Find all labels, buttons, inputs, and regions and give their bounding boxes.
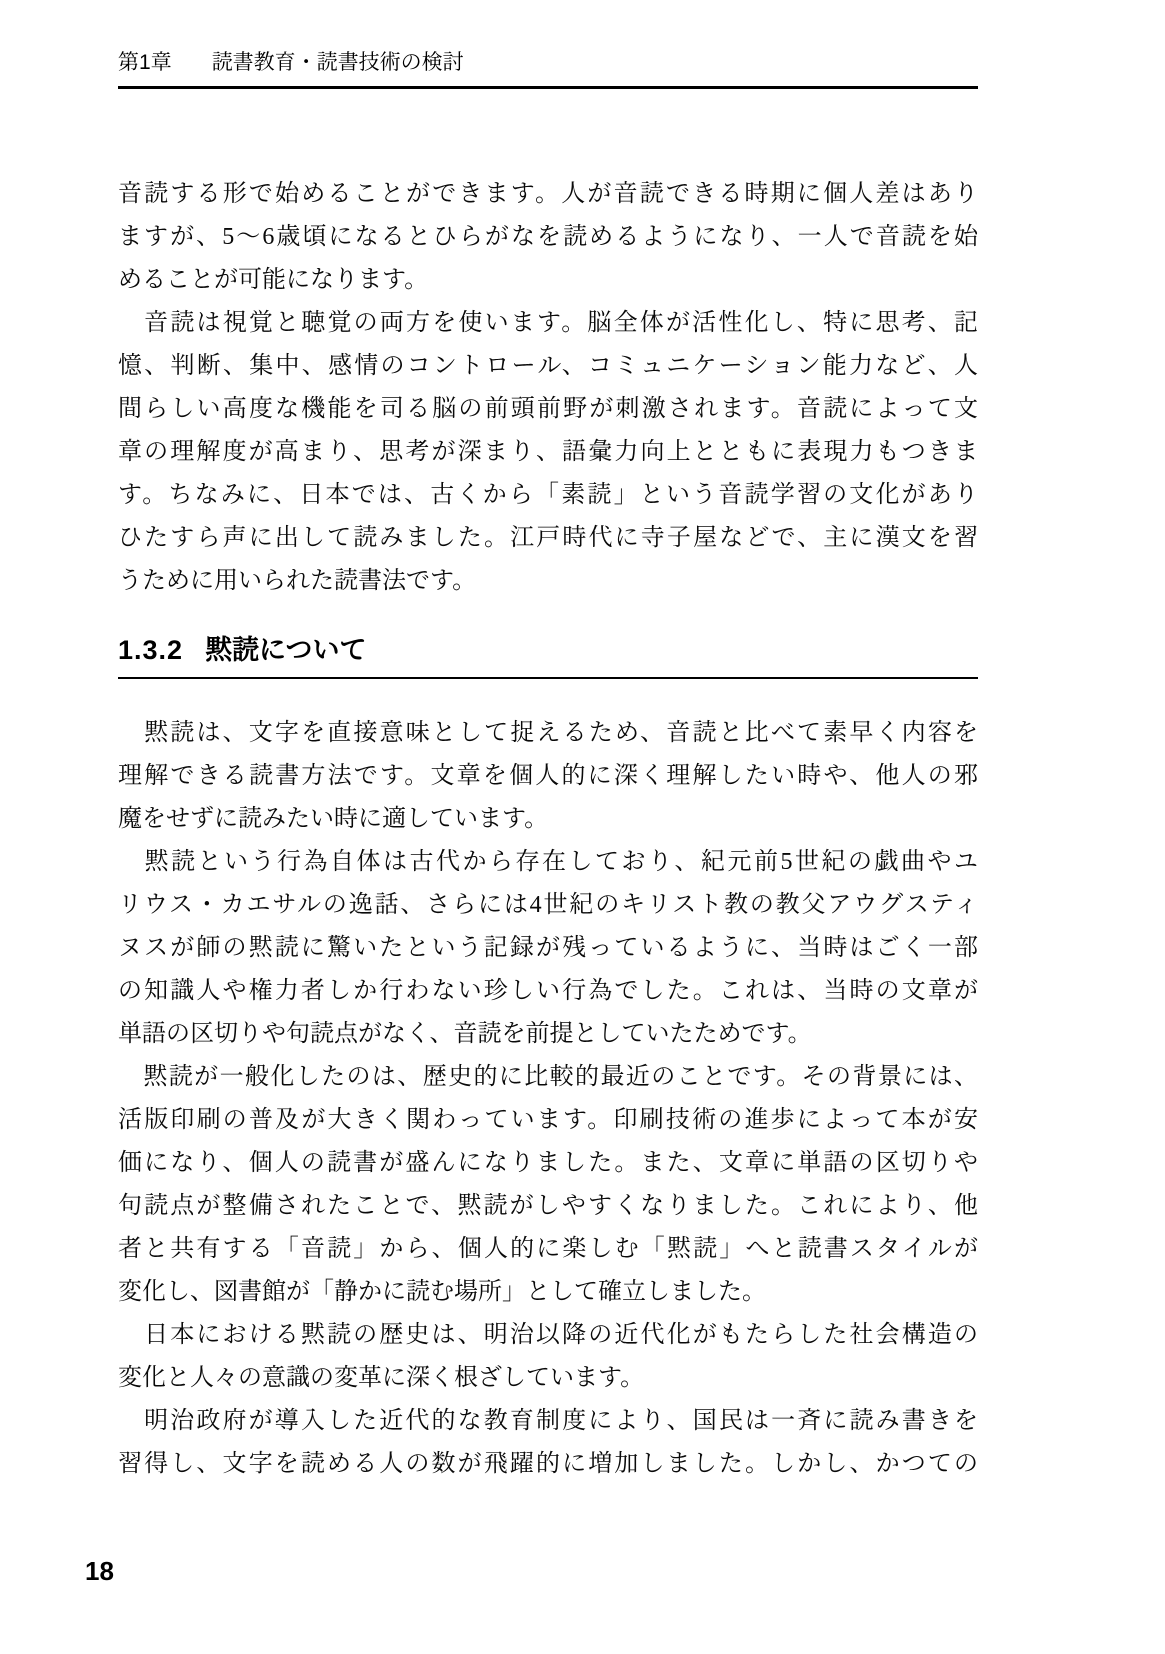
text-line: 魔をせずに読みたい時に適しています。 [118, 798, 978, 841]
paragraph: 黙読が一般化したのは、歴史的に比較的最近のことです。その背景には、活版印刷の普及… [118, 1056, 978, 1314]
paragraph: 明治政府が導入した近代的な教育制度により、国民は一斉に読み書きを習得し、文字を読… [118, 1400, 978, 1486]
text-line: リウス・カエサルの逸話、さらには4世紀のキリスト教の教父アウグスティ [118, 884, 978, 927]
page-footer: 18 [85, 1556, 114, 1587]
text-line: 句読点が整備されたことで、黙読がしやすくなりました。これにより、他 [118, 1185, 978, 1228]
text-line: 者と共有する「音読」から、個人的に楽しむ「黙読」へと読書スタイルが [118, 1228, 978, 1271]
text-line: す。ちなみに、日本では、古くから「素読」という音読学習の文化があり [118, 474, 978, 517]
text-line: 間らしい高度な機能を司る脳の前頭前野が刺激されます。音読によって文 [118, 388, 978, 431]
text-line: ヌスが師の黙読に驚いたという記録が残っているように、当時はごく一部 [118, 927, 978, 970]
text-line: 黙読が一般化したのは、歴史的に比較的最近のことです。その背景には、 [118, 1056, 978, 1099]
text-line: 変化と人々の意識の変革に深く根ざしています。 [118, 1357, 978, 1400]
paragraph: 黙読は、文字を直接意味として捉えるため、音読と比べて素早く内容を理解できる読書方… [118, 712, 978, 841]
section-heading: 1.3.2黙読について [118, 633, 978, 679]
text-line: 日本における黙読の歴史は、明治以降の近代化がもたらした社会構造の [118, 1314, 978, 1357]
text-line: 習得し、文字を読める人の数が飛躍的に増加しました。しかし、かつての [118, 1443, 978, 1486]
text-line: 変化し、図書館が「静かに読む場所」として確立しました。 [118, 1271, 978, 1314]
section-number: 1.3.2 [118, 635, 183, 665]
paragraph: 音読は視覚と聴覚の両方を使います。脳全体が活性化し、特に思考、記憶、判断、集中、… [118, 302, 978, 603]
page-number: 18 [85, 1556, 114, 1586]
paragraph: 日本における黙読の歴史は、明治以降の近代化がもたらした社会構造の変化と人々の意識… [118, 1314, 978, 1400]
text-line: ますが、5〜6歳頃になるとひらがなを読めるようになり、一人で音読を始 [118, 216, 978, 259]
chapter-title: 読書教育・読書技術の検討 [212, 51, 464, 74]
text-line: 憶、判断、集中、感情のコントロール、コミュニケーション能力など、人 [118, 345, 978, 388]
text-line: 単語の区切りや句読点がなく、音読を前提としていたためです。 [118, 1013, 978, 1056]
book-page: 第1章読書教育・読書技術の検討 音読する形で始めることができます。人が音読できる… [0, 0, 1165, 1654]
text-line: 音読する形で始めることができます。人が音読できる時期に個人差はあり [118, 173, 978, 216]
text-line: ひたすら声に出して読みました。江戸時代に寺子屋などで、主に漢文を習 [118, 517, 978, 560]
text-line: 黙読は、文字を直接意味として捉えるため、音読と比べて素早く内容を [118, 712, 978, 755]
text-line: 音読は視覚と聴覚の両方を使います。脳全体が活性化し、特に思考、記 [118, 302, 978, 345]
page-content: 音読する形で始めることができます。人が音読できる時期に個人差はありますが、5〜6… [118, 173, 978, 1486]
chapter-label: 第1章 [118, 51, 172, 74]
text-line: 活版印刷の普及が大きく関わっています。印刷技術の進歩によって本が安 [118, 1099, 978, 1142]
paragraph: 黙読という行為自体は古代から存在しており、紀元前5世紀の戯曲やユリウス・カエサル… [118, 841, 978, 1056]
text-line: 黙読という行為自体は古代から存在しており、紀元前5世紀の戯曲やユ [118, 841, 978, 884]
text-line: の知識人や権力者しか行わない珍しい行為でした。これは、当時の文章が [118, 970, 978, 1013]
text-line: 価になり、個人の読書が盛んになりました。また、文章に単語の区切りや [118, 1142, 978, 1185]
paragraph: 音読する形で始めることができます。人が音読できる時期に個人差はありますが、5〜6… [118, 173, 978, 302]
page-header: 第1章読書教育・読書技術の検討 [118, 50, 978, 89]
text-line: 章の理解度が高まり、思考が深まり、語彙力向上とともに表現力もつきま [118, 431, 978, 474]
text-line: めることが可能になります。 [118, 259, 978, 302]
text-line: 理解できる読書方法です。文章を個人的に深く理解したい時や、他人の邪 [118, 755, 978, 798]
text-line: うために用いられた読書法です。 [118, 560, 978, 603]
section-title: 黙読について [205, 635, 366, 665]
text-line: 明治政府が導入した近代的な教育制度により、国民は一斉に読み書きを [118, 1400, 978, 1443]
